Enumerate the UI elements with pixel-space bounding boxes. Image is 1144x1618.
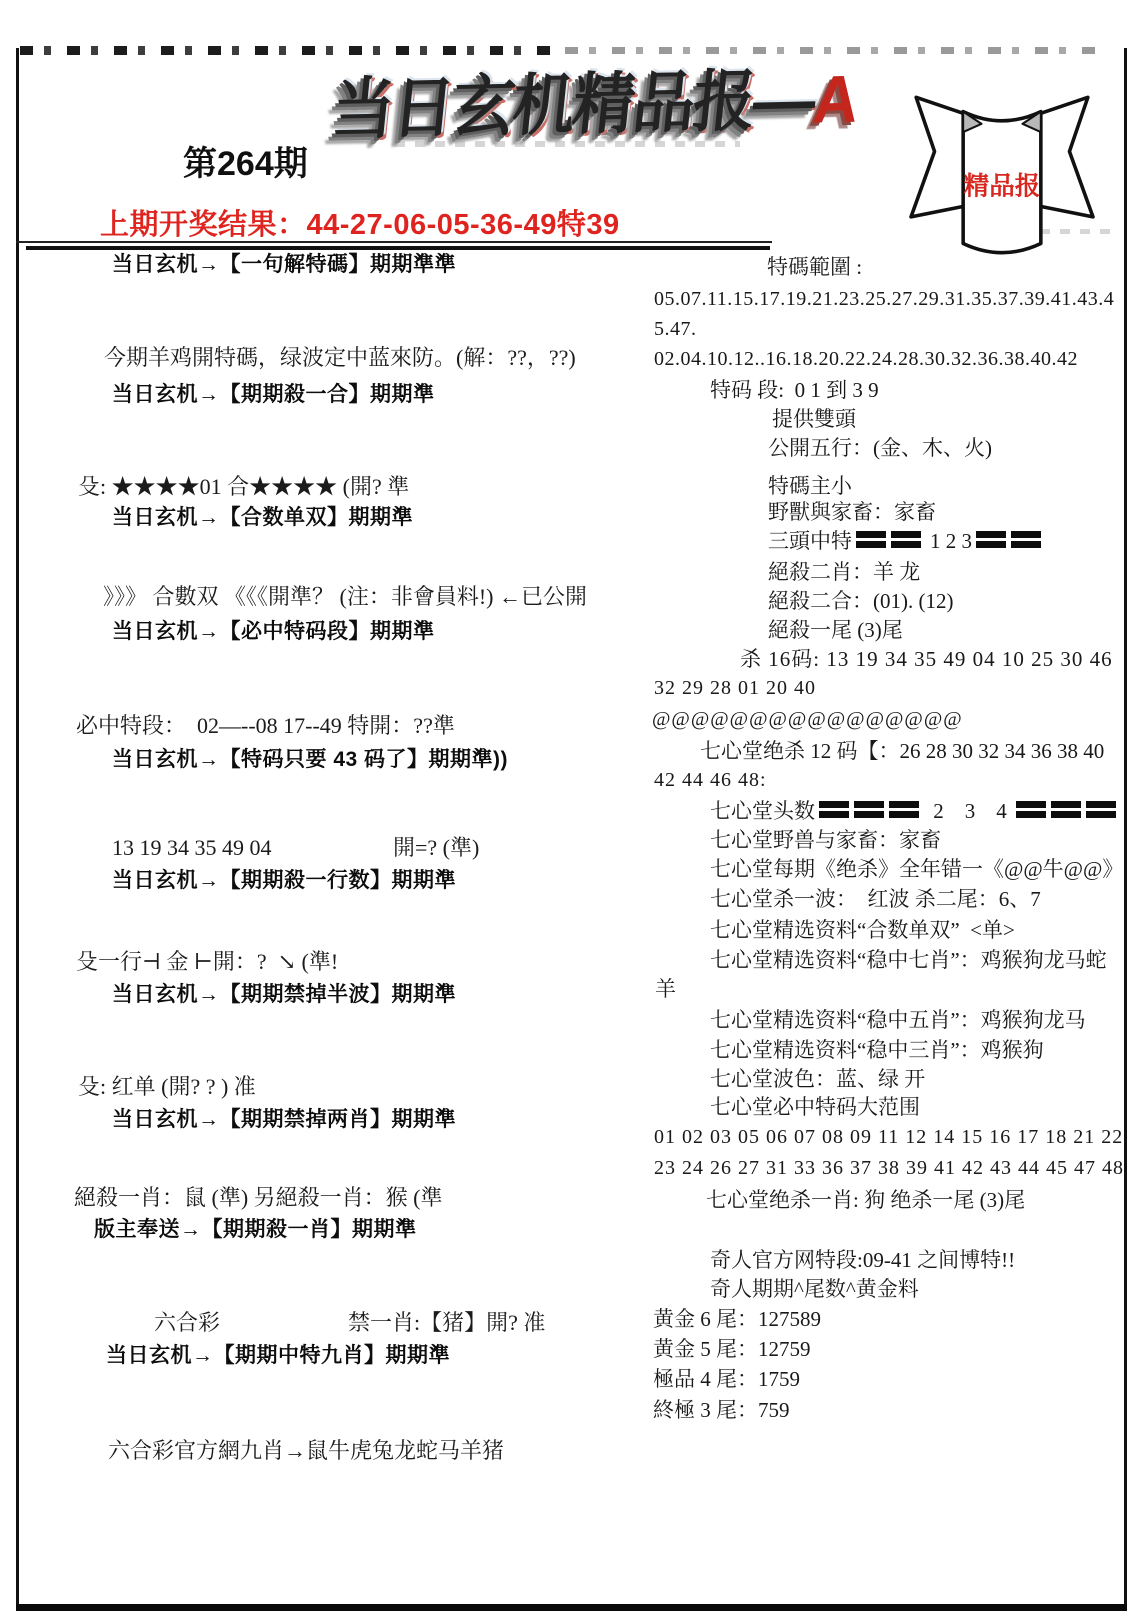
tip-line: 七心堂每期《绝杀》全年错一《@@牛@@》 — [710, 857, 1123, 881]
tip-line: 公開五行：(金、木、火) — [768, 436, 992, 460]
report-title-3d: 当日玄机精品报—A — [328, 45, 862, 152]
kill-16-codes-line: 杀 16码: 13 19 34 35 49 04 10 25 30 46 — [740, 647, 1113, 671]
ribbon-banner: 精品报 — [898, 84, 1106, 268]
head-numbers-values: 2 3 4 — [928, 799, 1012, 823]
tip-line: 奇人期期^尾数^黄金料 — [710, 1277, 919, 1301]
tip-line: 特碼範圍 : — [767, 255, 862, 279]
tip-line: 提供雙頭 — [772, 407, 856, 431]
tip-line: 絕殺二肖：羊 龙 — [768, 560, 920, 584]
report-title-text: 当日玄机精品报— — [329, 63, 818, 148]
tip-line: 七心堂精选资料“合数单双” <单> — [710, 918, 1015, 942]
tip-line: 七心堂杀一波： 红波 杀二尾：6、7 — [710, 887, 1041, 911]
prediction-headline: 当日玄机→【期期禁掉两肖】期期準 — [112, 1108, 456, 1132]
tip-line: 野獸與家畜：家畜 — [768, 500, 936, 524]
big-range-numbers: 23 24 26 27 31 33 36 37 38 39 41 42 43 4… — [654, 1157, 1124, 1180]
prediction-note: 殳: ★★★★01 合★★★★ (開? 準 — [78, 474, 409, 499]
golden-tail-line: 極品 4 尾：1759 — [653, 1367, 800, 1391]
prediction-note: 13 19 34 35 49 04 — [112, 835, 272, 860]
prediction-headline: 当日玄机→【一句解特碼】期期準準 — [112, 253, 456, 277]
ribbon-right-wing — [1037, 97, 1093, 217]
prediction-headline: 当日玄机→【期期殺一合】期期準 — [112, 383, 435, 407]
black-bars-icon — [976, 530, 1046, 554]
prediction-headline: 当日玄机→【必中特码段】期期準 — [112, 620, 435, 644]
prediction-note: 六合彩 — [154, 1310, 220, 1335]
three-head-numbers: 1 2 3 — [930, 529, 972, 553]
prediction-note: 殳: 红单 (開? ? ) 准 — [78, 1074, 256, 1099]
kill-16-codes-continued: 32 29 28 01 20 40 — [654, 677, 816, 700]
prediction-headline: 当日玄机→【期期禁掉半波】期期準 — [112, 983, 456, 1007]
big-range-numbers: 01 02 03 05 06 07 08 09 11 12 14 15 16 1… — [654, 1126, 1123, 1149]
head-numbers-prefix: 七心堂头数 — [710, 799, 815, 823]
last-draw-result: 上期开奖结果：44-27-06-05-36-49特39 — [100, 202, 620, 243]
prediction-note: 》》》 合數双 《《《開準？ (注：非會員料!) ←已公開 — [103, 584, 587, 609]
tip-line: 七心堂波色：蓝、绿 开 — [710, 1067, 925, 1091]
golden-tail-line: 黄金 5 尾：12759 — [653, 1337, 811, 1361]
tip-line: 七心堂必中特码大范围 — [710, 1095, 920, 1119]
tip-line: 絕殺二合：(01). (12) — [768, 589, 953, 613]
tip-line: 七心堂野兽与家畜：家畜 — [710, 828, 941, 852]
number-range-line: 02.04.10.12..16.18.20.22.24.28.30.32.36.… — [654, 348, 1078, 371]
tip-line: 絕殺一尾 (3)尾 — [768, 618, 903, 642]
prediction-note-right: 開=? (準) — [393, 835, 479, 860]
tip-line-overflow: 羊 — [655, 977, 676, 1001]
page-border-bottom — [16, 1604, 1127, 1611]
tip-line: 七心堂精选资料“稳中三肖”：鸡猴狗 — [710, 1038, 1044, 1062]
tip-line: 七心堂精选资料“稳中五肖”：鸡猴狗龙马 — [710, 1008, 1086, 1032]
black-bars-icon — [1016, 800, 1121, 824]
golden-tail-line: 終極 3 尾：759 — [653, 1398, 790, 1422]
tip-line-continued: 42 44 46 48: — [654, 769, 767, 792]
prediction-note-right: 禁一肖:【猪】開? 准 — [348, 1310, 545, 1335]
tip-line: 七心堂精选资料“稳中七肖”：鸡猴狗龙马蛇 — [710, 948, 1107, 972]
black-bars-icon — [856, 530, 926, 554]
prediction-headline: 当日玄机→【期期殺一行数】期期準 — [112, 869, 456, 893]
prediction-headline: 版主奉送→【期期殺一肖】期期準 — [94, 1218, 417, 1242]
ribbon-left-wing — [911, 97, 967, 217]
golden-tail-line: 黄金 6 尾：127589 — [653, 1307, 821, 1331]
page-border-left — [16, 48, 19, 1610]
black-bars-icon — [819, 800, 924, 824]
prediction-headline: 当日玄机→【期期中特九肖】期期準 — [106, 1344, 450, 1368]
three-head-prefix: 三頭中特 — [768, 529, 852, 553]
prediction-note: 殳一行⊣ 金 ⊢開：? ↘ (準! — [76, 949, 338, 974]
issue-number: 第264期 — [183, 136, 308, 185]
at-symbols-divider: @@@@@@@@@@@@@@@@ — [652, 708, 963, 731]
page-border-right — [1124, 48, 1127, 1610]
prediction-headline: 当日玄机→【合数单双】期期準 — [112, 506, 413, 530]
number-range-line: 05.07.11.15.17.19.21.23.25.27.29.31.35.3… — [654, 288, 1114, 311]
prediction-note: 絕殺一肖：鼠 (準) 另絕殺一肖：猴 (準 — [74, 1185, 442, 1210]
ribbon-label: 精品报 — [964, 171, 1041, 200]
number-range-line: 5.47. — [654, 318, 697, 341]
nine-zodiac-line: 六合彩官方網九肖→鼠牛虎兔龙蛇马羊猪 — [108, 1438, 504, 1463]
header-divider-thick — [26, 246, 770, 250]
prediction-headline: 当日玄机→【特码只要 43 码了】期期準)) — [112, 748, 508, 772]
prediction-note: 必中特段： 02—--08 17--49 特開：??準 — [76, 713, 455, 738]
lottery-report-sheet: 当日玄机精品报—A 第264期 上期开奖结果：44-27-06-05-36-49… — [0, 0, 1144, 1618]
header-divider-thin — [16, 241, 772, 243]
tip-line: 七心堂绝杀 12 码【：26 28 30 32 34 36 38 40 — [700, 739, 1104, 763]
head-numbers-line: 七心堂头数 2 3 4 — [710, 799, 1125, 824]
tip-line: 奇人官方网特段:09-41 之间博特!! — [710, 1248, 1015, 1272]
tip-line: 七心堂绝杀一肖: 狗 绝杀一尾 (3)尾 — [706, 1188, 1025, 1212]
three-head-line: 三頭中特1 2 3 — [768, 529, 1050, 554]
tip-line: 特码 段: 0 1 到 3 9 — [710, 378, 879, 402]
report-title-suffix: A — [810, 62, 860, 137]
tip-line: 特碼主小 — [768, 474, 852, 498]
prediction-note: 今期羊鸡開特碼，绿波定中蓝來防。(解：??，??) — [104, 345, 576, 370]
